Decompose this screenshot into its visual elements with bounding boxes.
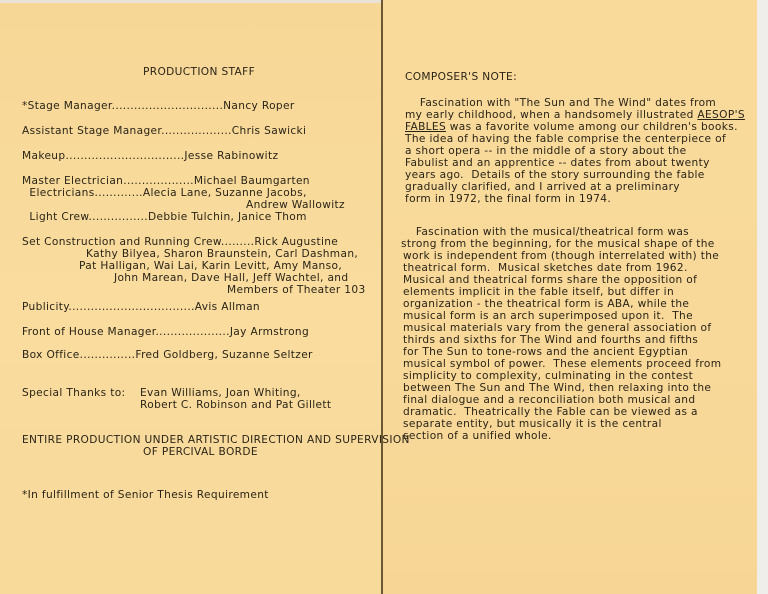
credit-box-office: Box Office...............Fred Goldberg, … [22, 348, 313, 362]
credit-assistant-stage-manager: Assistant Stage Manager.................… [22, 124, 306, 138]
credit-publicity: Publicity...............................… [22, 300, 260, 314]
credit-stage-manager: *Stage Manager..........................… [22, 99, 295, 113]
p2-line: section of a unified whole. [403, 429, 552, 443]
composers-note-title: COMPOSER'S NOTE: [405, 70, 517, 84]
credit-makeup: Makeup................................Je… [22, 149, 278, 163]
scan-edge [757, 0, 768, 594]
left-page [0, 0, 382, 594]
page-fold [381, 0, 383, 594]
p1-line: form in 1972, the final form in 1974. [405, 192, 611, 206]
special-thanks-label: Special Thanks to: [22, 386, 125, 400]
credit-light-crew: Light Crew................Debbie Tulchin… [22, 210, 307, 224]
production-staff-title: PRODUCTION STAFF [143, 65, 255, 79]
credit-front-of-house: Front of House Manager..................… [22, 325, 309, 339]
special-thanks-line-2: Robert C. Robinson and Pat Gillett [140, 398, 331, 412]
direction-line-2: OF PERCIVAL BORDE [143, 445, 258, 459]
thesis-footnote: *In fulfillment of Senior Thesis Require… [22, 488, 269, 502]
credit-set-crew-4: Members of Theater 103 [227, 283, 366, 297]
